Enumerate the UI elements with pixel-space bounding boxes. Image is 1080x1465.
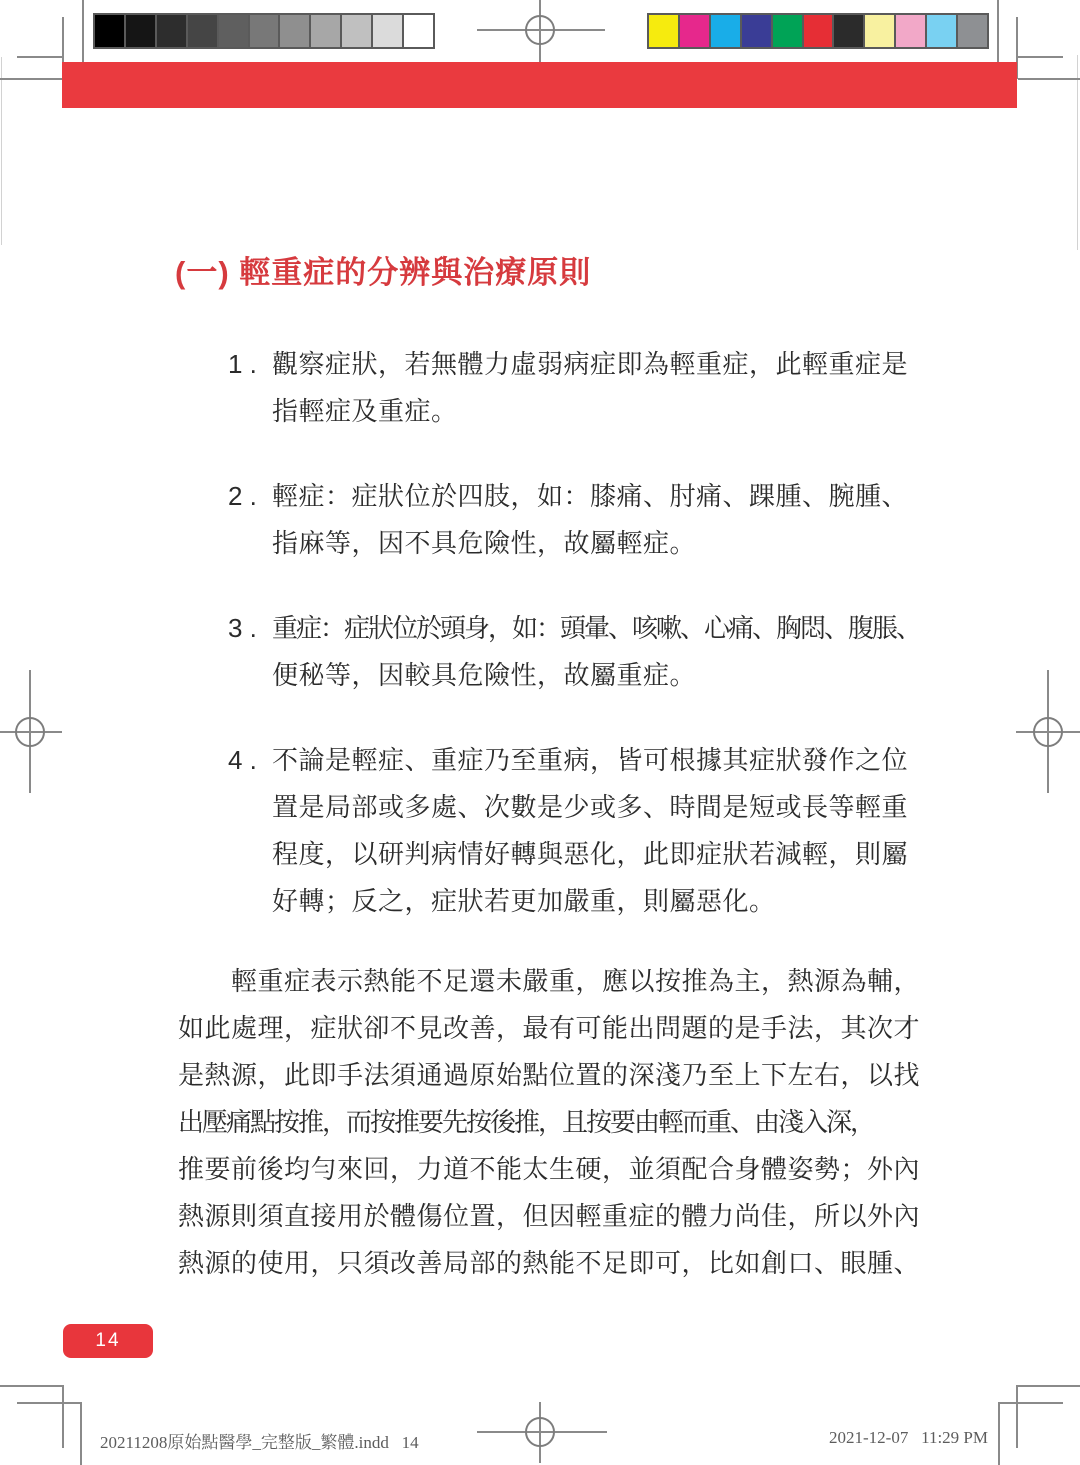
color-swatch [157, 15, 188, 47]
color-swatch [126, 15, 157, 47]
color-swatch [95, 15, 126, 47]
color-swatch [680, 15, 711, 47]
color-swatch [649, 15, 680, 47]
scanned-book-page: (一) 輕重症的分辨與治療原則 1 . 觀察症狀，若無體力虛弱病症即為輕重症，此… [0, 0, 1080, 1465]
color-swatch [834, 15, 865, 47]
color-swatch [804, 15, 835, 47]
text-line: 好轉；反之，症狀若更加嚴重，則屬惡化。 [272, 878, 948, 925]
text-line: 置是局部或多處、次數是少或多、時間是短或長等輕重 [272, 784, 948, 831]
color-swatch [773, 15, 804, 47]
color-swatch [373, 15, 404, 47]
list-item-number: 3 . [228, 605, 272, 699]
color-swatch [311, 15, 342, 47]
red-header-banner [62, 62, 1017, 108]
color-swatch [280, 15, 311, 47]
crop-mark [998, 1402, 1000, 1465]
page-number-badge: 14 [63, 1324, 153, 1358]
color-swatch [711, 15, 742, 47]
crop-mark [80, 1402, 82, 1465]
crop-mark [1018, 78, 1080, 80]
crop-mark [0, 1385, 62, 1387]
page-edge-line [1, 57, 2, 245]
color-swatch [865, 15, 896, 47]
crop-mark [17, 1402, 80, 1404]
list-item-number: 2 . [228, 473, 272, 567]
list-item: 4 . 不論是輕症、重症乃至重病，皆可根據其症狀發作之位 置是局部或多處、次數是… [228, 737, 948, 925]
crop-mark [1018, 1385, 1080, 1387]
crop-mark [997, 0, 999, 62]
text-line: 出壓痛點按推，而按推要先按後推，且按要由輕而重、由淺入深， [178, 1099, 918, 1146]
color-swatch [250, 15, 281, 47]
text-line: 如此處理，症狀卻不見改善，最有可能出問題的是手法，其次才 [178, 1005, 918, 1052]
crop-mark [62, 1385, 64, 1448]
color-swatch [958, 15, 987, 47]
list-item-number: 1 . [228, 341, 272, 435]
text-line: 不論是輕症、重症乃至重病，皆可根據其症狀發作之位 [272, 737, 948, 784]
text-line: 輕重症表示熱能不足還未嚴重，應以按推為主，熱源為輔， [178, 958, 918, 1005]
text-line: 熱源的使用，只須改善局部的熱能不足即可，比如創口、眼腫、 [178, 1240, 918, 1287]
crop-mark [17, 56, 62, 58]
color-swatch [342, 15, 373, 47]
crop-mark [1016, 1385, 1018, 1448]
color-swatch [404, 15, 433, 47]
section-title: (一) 輕重症的分辨與治療原則 [175, 247, 591, 292]
text-line: 程度，以研判病情好轉與惡化，此即症狀若減輕，則屬 [272, 831, 948, 878]
color-swatch [896, 15, 927, 47]
text-line: 觀察症狀，若無體力虛弱病症即為輕重症，此輕重症是 [272, 341, 948, 388]
text-line: 重症：症狀位於頭身，如：頭暈、咳嗽、心痛、胸悶、腹脹、 [272, 605, 948, 652]
footer-timestamp: 2021-12-07 11:29 PM [829, 1428, 988, 1448]
text-line: 輕症：症狀位於四肢，如：膝痛、肘痛、踝腫、腕腫、 [272, 473, 948, 520]
list-item: 2 . 輕症：症狀位於四肢，如：膝痛、肘痛、踝腫、腕腫、 指麻等，因不具危險性，… [228, 473, 948, 567]
print-grayscale-bar [93, 13, 435, 49]
text-line: 便秘等，因較具危險性，故屬重症。 [272, 652, 948, 699]
text-line: 是熱源，此即手法須通過原始點位置的深淺乃至上下左右，以找 [178, 1052, 918, 1099]
print-color-bar [647, 13, 989, 49]
text-line: 指輕症及重症。 [272, 388, 948, 435]
text-line: 指麻等，因不具危險性，故屬輕症。 [272, 520, 948, 567]
color-swatch [219, 15, 250, 47]
color-swatch [927, 15, 958, 47]
text-line: 熱源則須直接用於體傷位置，但因輕重症的體力尚佳，所以外內 [178, 1193, 918, 1240]
color-swatch [742, 15, 773, 47]
page-edge-line [1077, 55, 1078, 250]
crop-mark [0, 78, 62, 80]
color-swatch [188, 15, 219, 47]
list-item: 1 . 觀察症狀，若無體力虛弱病症即為輕重症，此輕重症是 指輕症及重症。 [228, 341, 948, 435]
footer-file-info: 20211208原始點醫學_完整版_繁體.indd 14 [100, 1428, 419, 1453]
crop-mark [1000, 1402, 1063, 1404]
body-paragraph: 輕重症表示熱能不足還未嚴重，應以按推為主，熱源為輔， 如此處理，症狀卻不見改善，… [178, 958, 918, 1287]
text-line: 推要前後均勻來回，力道不能太生硬，並須配合身體姿勢；外內 [178, 1146, 918, 1193]
list-item: 3 . 重症：症狀位於頭身，如：頭暈、咳嗽、心痛、胸悶、腹脹、 便秘等，因較具危… [228, 605, 948, 699]
crop-mark [82, 0, 84, 62]
crop-mark [1018, 56, 1063, 58]
numbered-list: 1 . 觀察症狀，若無體力虛弱病症即為輕重症，此輕重症是 指輕症及重症。 2 .… [228, 341, 948, 963]
list-item-number: 4 . [228, 737, 272, 925]
